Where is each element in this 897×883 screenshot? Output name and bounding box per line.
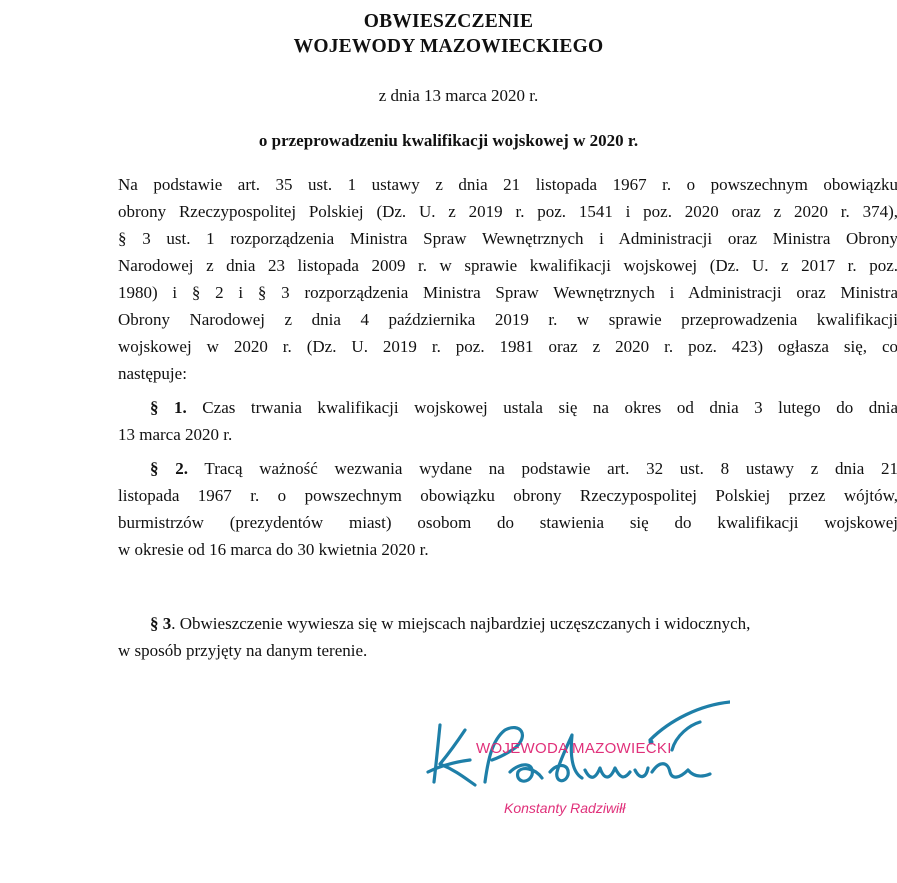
document-subject: o przeprowadzeniu kwalifikacji wojskowej… — [0, 131, 897, 151]
preamble-line: następuje: — [118, 364, 187, 384]
section-line: w sposób przyjęty na danym terenie. — [118, 641, 367, 661]
official-stamp-name: Konstanty Radziwiłł — [504, 800, 625, 816]
preamble-line: Na podstawie art. 35 ust. 1 ustawy z dni… — [118, 175, 897, 195]
section-line: w okresie od 16 marca do 30 kwietnia 202… — [118, 540, 429, 560]
preamble-line: Obrony Narodowej z dnia 4 października 2… — [118, 310, 897, 330]
official-stamp-title: WOJEWODA MAZOWIECKI — [476, 740, 672, 757]
preamble-line: 1980) i § 2 i § 3 rozporządzenia Ministr… — [118, 283, 897, 303]
section-marker: § 1. — [150, 398, 187, 417]
section-marker: § 3 — [150, 614, 171, 633]
document-title-line1: OBWIESZCZENIE — [0, 12, 897, 32]
preamble-line: Narodowej z dnia 23 listopada 2009 r. w … — [118, 256, 897, 276]
document-title-line2: WOJEWODY MAZOWIECKIEGO — [0, 37, 897, 57]
section-first-line: § 2. Tracą ważność wezwania wydane na po… — [150, 459, 897, 479]
section-line: listopada 1967 r. o powszechnym obowiązk… — [118, 486, 897, 506]
section-marker: § 2. — [150, 459, 188, 478]
preamble-line: wojskowej w 2020 r. (Dz. U. 2019 r. poz.… — [118, 337, 897, 357]
preamble-line: obrony Rzeczypospolitej Polskiej (Dz. U.… — [118, 202, 897, 222]
section-first-line: § 3. Obwieszczenie wywiesza się w miejsc… — [150, 614, 750, 634]
preamble-line: § 3 ust. 1 rozporządzenia Ministra Spraw… — [118, 229, 897, 249]
section-line: burmistrzów (prezydentów miast) osobom d… — [118, 513, 897, 533]
section-first-line: § 1. Czas trwania kwalifikacji wojskowej… — [150, 398, 897, 418]
document-date: z dnia 13 marca 2020 r. — [10, 86, 897, 106]
section-line: 13 marca 2020 r. — [118, 425, 232, 445]
